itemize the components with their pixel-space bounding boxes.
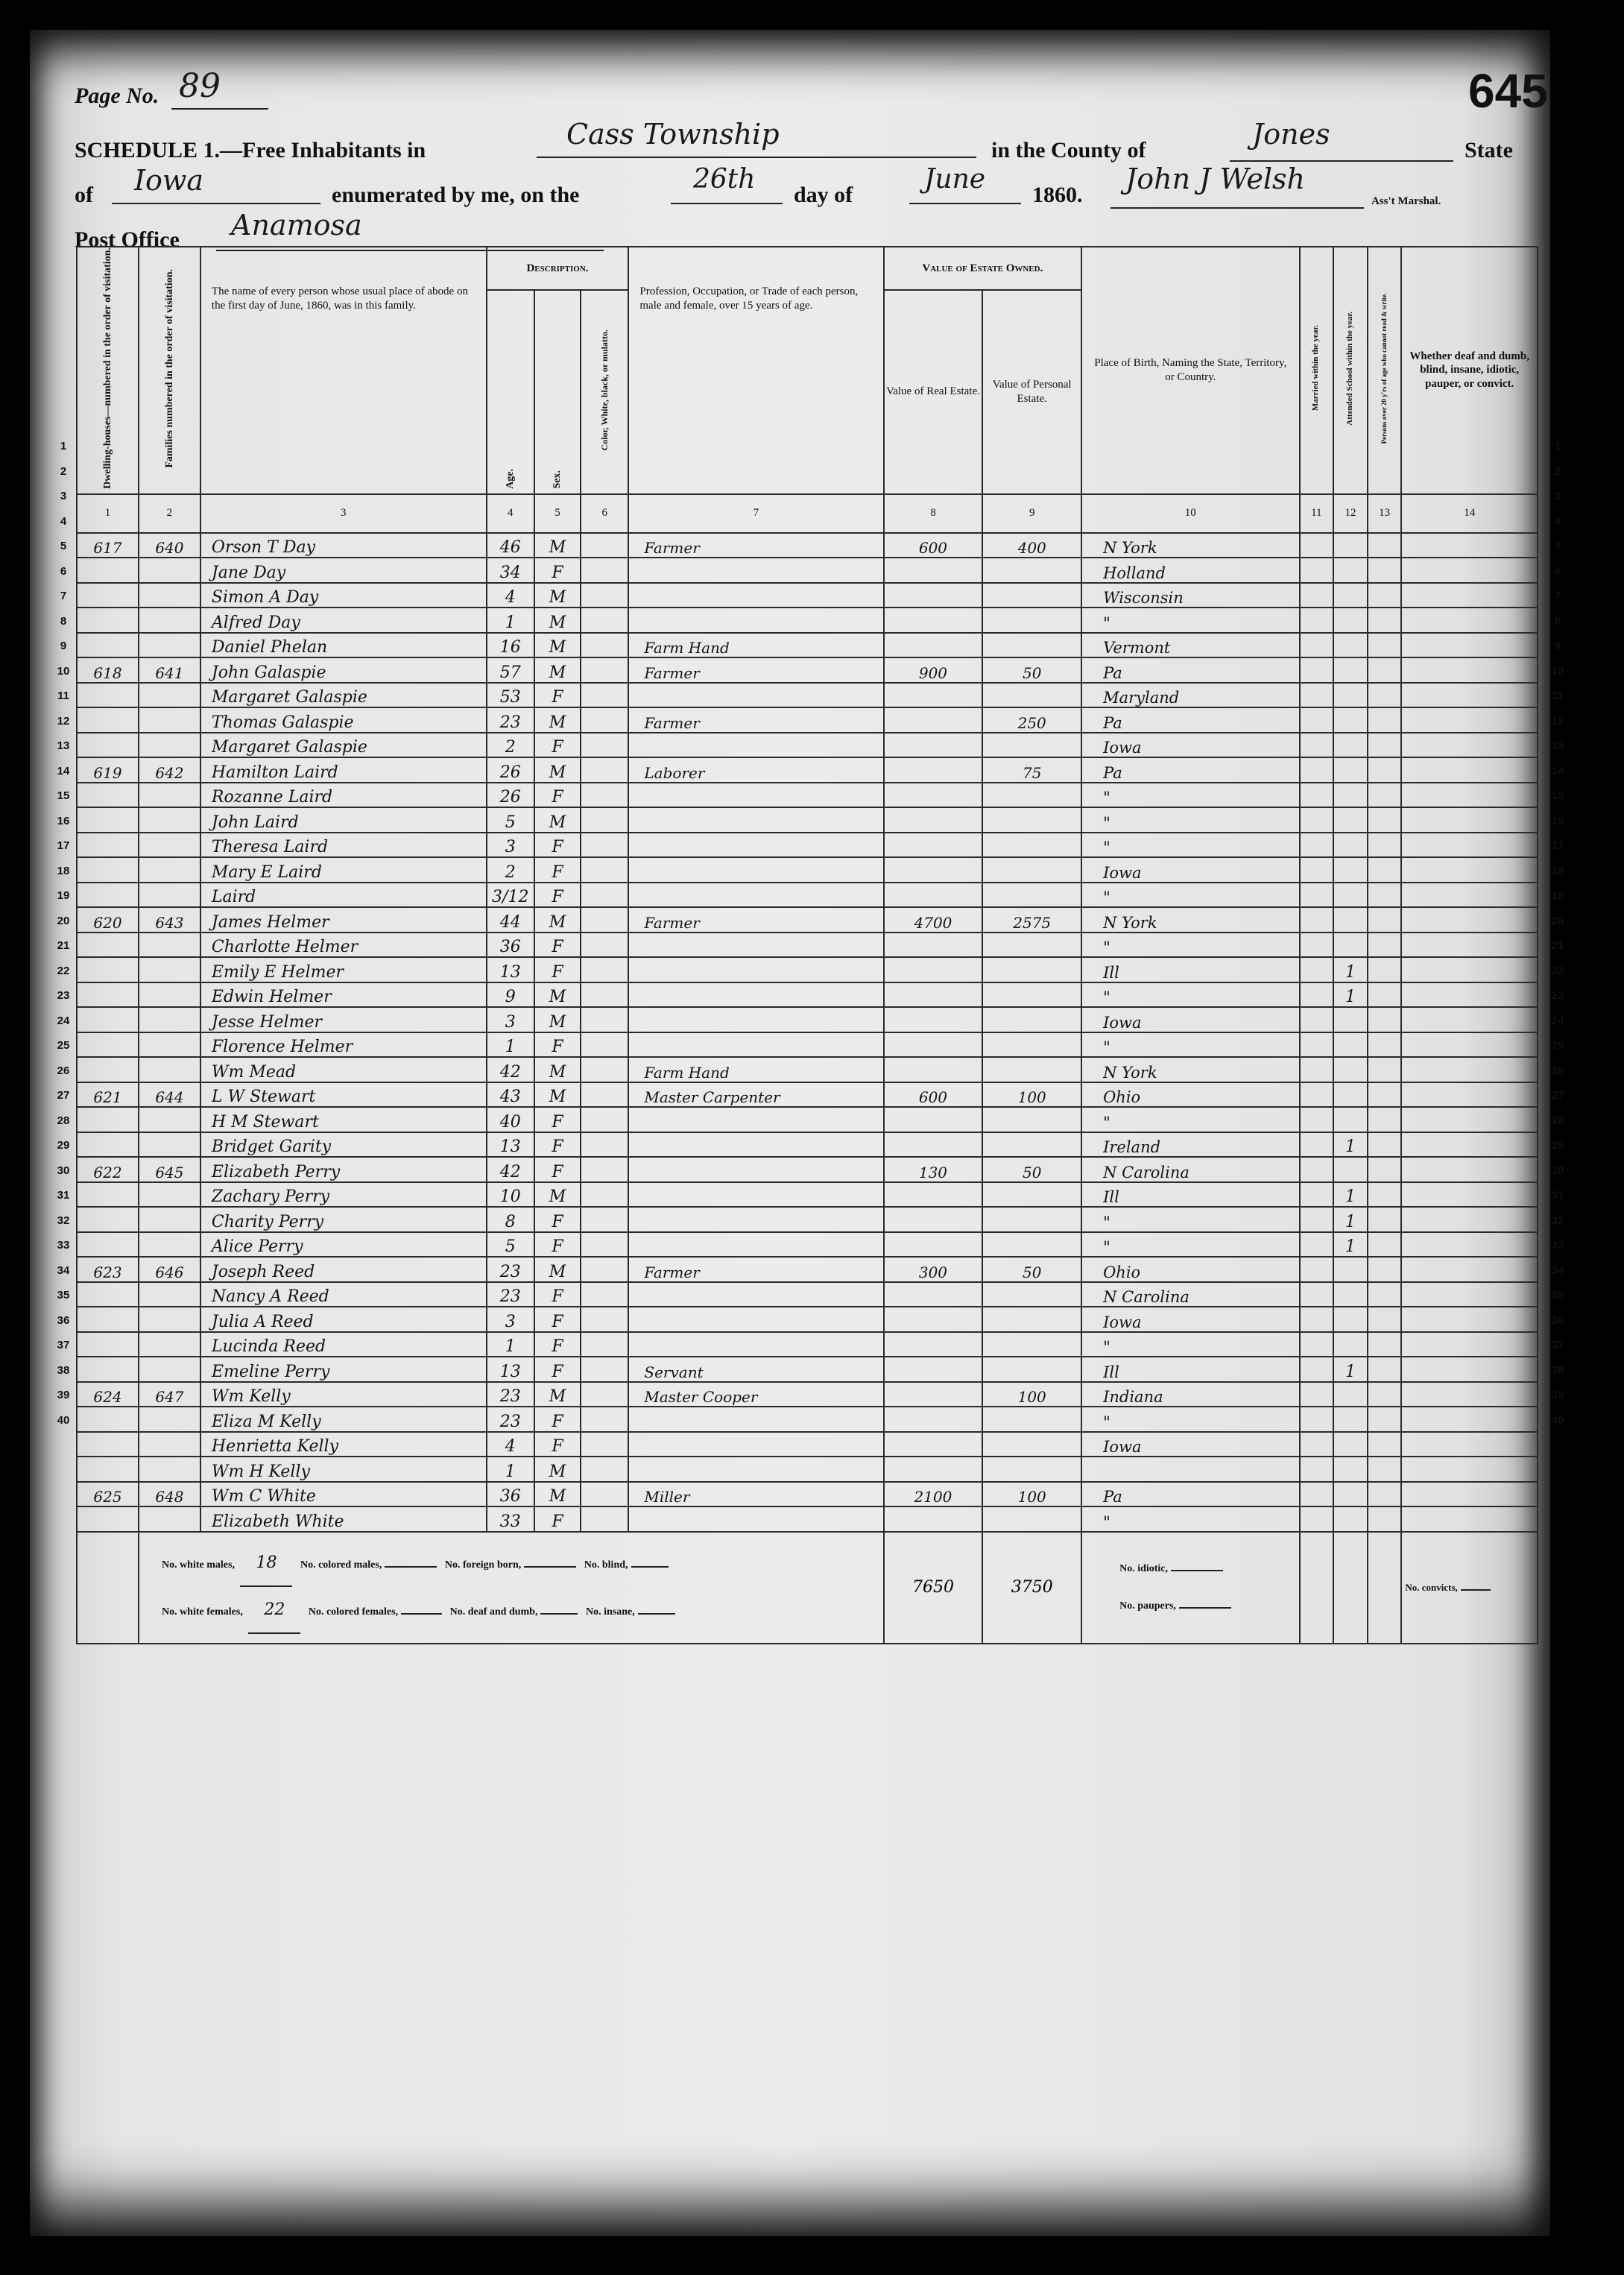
birthplace-cell: Holland: [1081, 558, 1299, 583]
attended-school-cell: [1333, 1157, 1368, 1182]
infirmity-cell: [1401, 558, 1538, 583]
attended-school-cell: [1333, 608, 1368, 633]
personal-estate-value-cell: 100: [982, 1082, 1081, 1108]
column-number: 11: [1300, 494, 1334, 533]
attended-school-cell: [1333, 1007, 1368, 1032]
family-number-cell: [139, 807, 200, 833]
line-number-left: 1: [52, 440, 75, 452]
real-estate-value-cell: [884, 957, 983, 982]
age-cell: 2: [487, 857, 534, 883]
dwelling-number-cell: 620: [77, 907, 139, 933]
header-age: Age.: [487, 290, 534, 494]
dwelling-number-cell: [77, 783, 139, 808]
line-number-right: 30: [1546, 1164, 1569, 1177]
white-males-label: No. white males,: [162, 1559, 235, 1571]
sex-cell: F: [534, 1332, 581, 1357]
occupation-cell: [628, 1307, 883, 1332]
header-occupation: Profession, Occupation, or Trade of each…: [628, 247, 883, 494]
person-name-cell: Florence Helmer: [200, 1032, 487, 1058]
infirmity-cell: [1401, 1057, 1538, 1082]
illiterate-cell: [1368, 657, 1402, 683]
line-number-left: 22: [52, 965, 75, 977]
line-number-left: 28: [52, 1114, 75, 1127]
sex-cell: F: [534, 783, 581, 808]
married-within-year-cell: [1300, 1382, 1334, 1407]
occupation-cell: Master Carpenter: [628, 1082, 883, 1108]
family-number-cell: 642: [139, 757, 200, 783]
family-number-cell: [139, 1057, 200, 1082]
header-name: The name of every person whose usual pla…: [200, 247, 487, 494]
age-cell: 5: [487, 807, 534, 833]
illiterate-cell: [1368, 757, 1402, 783]
person-name-cell: Margaret Galaspie: [200, 683, 487, 708]
line-number-left: 8: [52, 615, 75, 628]
age-cell: 3: [487, 1007, 534, 1032]
foreign-born-label: No. foreign born,: [445, 1559, 521, 1571]
table-row: 622645Elizabeth Perry42F13050N Carolina: [77, 1157, 1538, 1182]
age-cell: 10: [487, 1182, 534, 1208]
infirmity-cell: [1401, 783, 1538, 808]
header-description-group: Description.: [487, 247, 629, 290]
state-label: State: [1465, 138, 1513, 163]
header-school: Attended School within the year.: [1333, 247, 1368, 494]
header-birthplace: Place of Birth, Naming the State, Territ…: [1081, 247, 1299, 494]
state-value: Iowa: [134, 164, 203, 197]
line-number-left: 17: [52, 839, 75, 852]
age-cell: 1: [487, 1332, 534, 1357]
attended-school-cell: [1333, 883, 1368, 908]
table-row: 621644L W Stewart43MMaster Carpenter6001…: [77, 1082, 1538, 1108]
table-row: Bridget Garity13FIreland1: [77, 1132, 1538, 1158]
dwelling-number-cell: [77, 957, 139, 982]
line-number-left: 35: [52, 1289, 75, 1301]
color-cell: [581, 733, 628, 758]
real-estate-value-cell: [884, 982, 983, 1008]
color-cell: [581, 1432, 628, 1457]
line-number-left: 32: [52, 1214, 75, 1227]
table-row: Henrietta Kelly4FIowa: [77, 1432, 1538, 1457]
table-row: 624647Wm Kelly23MMaster Cooper100Indiana: [77, 1382, 1538, 1407]
married-within-year-cell: [1300, 1357, 1334, 1382]
enumerated-label: enumerated by me, on the: [332, 183, 579, 208]
line-number-left: 13: [52, 739, 75, 752]
person-name-cell: Jane Day: [200, 558, 487, 583]
illiterate-cell: [1368, 533, 1402, 558]
day-underline: [671, 203, 783, 204]
illiterate-cell: [1368, 1207, 1402, 1232]
sex-cell: F: [534, 1407, 581, 1432]
illiterate-cell: [1368, 833, 1402, 858]
dwelling-number-cell: [77, 683, 139, 708]
birthplace-cell: Ill: [1081, 1182, 1299, 1208]
person-name-cell: Jesse Helmer: [200, 1007, 487, 1032]
person-name-cell: Alice Perry: [200, 1232, 487, 1258]
color-cell: [581, 1007, 628, 1032]
line-number-right: 9: [1546, 640, 1569, 652]
line-number-left: 12: [52, 715, 75, 728]
dwelling-number-cell: [77, 982, 139, 1008]
line-number-left: 36: [52, 1314, 75, 1327]
occupation-cell: [628, 608, 883, 633]
sex-cell: M: [534, 707, 581, 733]
personal-estate-value-cell: [982, 733, 1081, 758]
color-cell: [581, 1282, 628, 1307]
attended-school-cell: 1: [1333, 982, 1368, 1008]
occupation-cell: [628, 1107, 883, 1132]
personal-estate-value-cell: 250: [982, 707, 1081, 733]
line-number-left: 6: [52, 565, 75, 578]
occupation-cell: [628, 982, 883, 1008]
birthplace-cell: ": [1081, 933, 1299, 958]
dwelling-number-cell: [77, 1357, 139, 1382]
sex-cell: M: [534, 757, 581, 783]
table-row: Lucinda Reed1F": [77, 1332, 1538, 1357]
sex-cell: M: [534, 1382, 581, 1407]
occupation-cell: [628, 1007, 883, 1032]
dwelling-number-cell: [77, 1332, 139, 1357]
dwelling-number-cell: [77, 933, 139, 958]
month-underline: [909, 203, 1021, 204]
infirmity-cell: [1401, 1332, 1538, 1357]
page-number-label: Page No.: [75, 83, 159, 109]
table-row: Nancy A Reed23FN Carolina: [77, 1282, 1538, 1307]
sex-cell: M: [534, 533, 581, 558]
attended-school-cell: [1333, 1457, 1368, 1482]
family-number-cell: [139, 1132, 200, 1158]
totals-convicts: No. convicts,: [1401, 1532, 1538, 1644]
sex-cell: M: [534, 1482, 581, 1507]
illiterate-cell: [1368, 1057, 1402, 1082]
birthplace-cell: Iowa: [1081, 733, 1299, 758]
line-number-right: 33: [1546, 1239, 1569, 1252]
birthplace-cell: Pa: [1081, 1482, 1299, 1507]
sex-cell: M: [534, 1082, 581, 1108]
married-within-year-cell: [1300, 683, 1334, 708]
occupation-cell: [628, 1407, 883, 1432]
attended-school-cell: [1333, 857, 1368, 883]
illiterate-cell: [1368, 1257, 1402, 1282]
township-value: Cass Township: [566, 118, 780, 151]
line-number-right: 17: [1546, 839, 1569, 852]
infirmity-cell: [1401, 1482, 1538, 1507]
real-estate-value-cell: [884, 1357, 983, 1382]
line-number-right: 29: [1546, 1139, 1569, 1152]
real-estate-value-cell: [884, 857, 983, 883]
illiterate-cell: [1368, 857, 1402, 883]
column-number: 4: [487, 494, 534, 533]
dwelling-number-cell: [77, 707, 139, 733]
birthplace-cell: N York: [1081, 533, 1299, 558]
attended-school-cell: 1: [1333, 1357, 1368, 1382]
person-name-cell: Laird: [200, 883, 487, 908]
family-number-cell: [139, 1232, 200, 1258]
age-cell: 3: [487, 1307, 534, 1332]
person-name-cell: Emeline Perry: [200, 1357, 487, 1382]
sex-cell: M: [534, 633, 581, 658]
line-number-left: 31: [52, 1189, 75, 1202]
real-estate-value-cell: 2100: [884, 1482, 983, 1507]
age-cell: 23: [487, 1407, 534, 1432]
color-cell: [581, 807, 628, 833]
table-row: Alfred Day1M": [77, 608, 1538, 633]
family-number-cell: [139, 583, 200, 608]
real-estate-value-cell: [884, 757, 983, 783]
attended-school-cell: [1333, 733, 1368, 758]
birthplace-cell: ": [1081, 1207, 1299, 1232]
family-number-cell: [139, 1506, 200, 1532]
occupation-cell: [628, 583, 883, 608]
table-row: Charity Perry8F"1: [77, 1207, 1538, 1232]
column-number: 9: [982, 494, 1081, 533]
married-within-year-cell: [1300, 707, 1334, 733]
family-number-cell: [139, 1407, 200, 1432]
line-number-left: 5: [52, 540, 75, 552]
color-cell: [581, 608, 628, 633]
personal-estate-value-cell: [982, 982, 1081, 1008]
colored-females-label: No. colored females,: [309, 1606, 398, 1618]
table-row: Wm H Kelly1M: [77, 1457, 1538, 1482]
age-cell: 43: [487, 1082, 534, 1108]
personal-estate-value-cell: [982, 1332, 1081, 1357]
married-within-year-cell: [1300, 933, 1334, 958]
personal-estate-value-cell: [982, 1007, 1081, 1032]
married-within-year-cell: [1300, 1157, 1334, 1182]
occupation-cell: Farm Hand: [628, 633, 883, 658]
personal-estate-value-cell: [982, 1357, 1081, 1382]
attended-school-cell: [1333, 757, 1368, 783]
dwelling-number-cell: [77, 1107, 139, 1132]
family-number-cell: 648: [139, 1482, 200, 1507]
illiterate-cell: [1368, 1307, 1402, 1332]
age-cell: 13: [487, 1132, 534, 1158]
birthplace-cell: Maryland: [1081, 683, 1299, 708]
family-number-cell: [139, 683, 200, 708]
color-cell: [581, 1357, 628, 1382]
header-illiterate: Persons over 20 y'rs of age who cannot r…: [1368, 247, 1402, 494]
table-row: Alice Perry5F"1: [77, 1232, 1538, 1258]
real-estate-value-cell: 300: [884, 1257, 983, 1282]
line-number-left: 25: [52, 1039, 75, 1052]
line-number-left: 2: [52, 465, 75, 478]
dwelling-number-cell: [77, 633, 139, 658]
line-number-left: 10: [52, 665, 75, 678]
line-number-left: 19: [52, 889, 75, 902]
table-row: 619642Hamilton Laird26MLaborer75Pa: [77, 757, 1538, 783]
blind-label: No. blind,: [584, 1559, 628, 1571]
header-dwelling: Dwelling-houses—numbered in the order of…: [77, 247, 139, 494]
paupers-blank: [1179, 1607, 1231, 1609]
personal-estate-value-cell: [982, 558, 1081, 583]
personal-estate-value-cell: [982, 883, 1081, 908]
color-cell: [581, 1207, 628, 1232]
table-row: H M Stewart40F": [77, 1107, 1538, 1132]
table-row: Laird3/12F": [77, 883, 1538, 908]
dwelling-number-cell: [77, 1457, 139, 1482]
person-name-cell: Emily E Helmer: [200, 957, 487, 982]
insane-label: No. insane,: [586, 1606, 635, 1618]
person-name-cell: Orson T Day: [200, 533, 487, 558]
dwelling-number-cell: [77, 1232, 139, 1258]
age-cell: 26: [487, 757, 534, 783]
age-cell: 46: [487, 533, 534, 558]
illiterate-cell: [1368, 1506, 1402, 1532]
age-cell: 23: [487, 1282, 534, 1307]
line-number-right: 28: [1546, 1114, 1569, 1127]
occupation-cell: Miller: [628, 1482, 883, 1507]
person-name-cell: Daniel Phelan: [200, 633, 487, 658]
occupation-cell: [628, 1157, 883, 1182]
personal-estate-value-cell: [982, 1432, 1081, 1457]
idiotic-label: No. idiotic,: [1119, 1563, 1168, 1574]
personal-estate-value-cell: [982, 1282, 1081, 1307]
sex-cell: F: [534, 957, 581, 982]
sex-cell: F: [534, 1357, 581, 1382]
married-within-year-cell: [1300, 1282, 1334, 1307]
table-row: 618641John Galaspie57MFarmer90050Pa: [77, 657, 1538, 683]
married-within-year-cell: [1300, 608, 1334, 633]
occupation-cell: [628, 807, 883, 833]
occupation-cell: [628, 933, 883, 958]
married-within-year-cell: [1300, 1407, 1334, 1432]
age-cell: 8: [487, 1207, 534, 1232]
married-within-year-cell: [1300, 1482, 1334, 1507]
color-cell: [581, 1182, 628, 1208]
family-number-cell: [139, 1007, 200, 1032]
illiterate-cell: [1368, 707, 1402, 733]
family-number-cell: [139, 857, 200, 883]
line-number-left: 3: [52, 490, 75, 502]
colored-males-blank: [385, 1566, 437, 1568]
dwelling-number-cell: [77, 807, 139, 833]
family-number-cell: [139, 833, 200, 858]
sex-cell: M: [534, 982, 581, 1008]
age-cell: 13: [487, 1357, 534, 1382]
real-estate-value-cell: [884, 1232, 983, 1258]
illiterate-cell: [1368, 1107, 1402, 1132]
column-number: 13: [1368, 494, 1402, 533]
line-number-right: 6: [1546, 565, 1569, 578]
column-number: 1: [77, 494, 139, 533]
married-within-year-cell: [1300, 1132, 1334, 1158]
person-name-cell: John Galaspie: [200, 657, 487, 683]
sex-cell: F: [534, 1232, 581, 1258]
family-number-cell: 646: [139, 1257, 200, 1282]
illiterate-cell: [1368, 1457, 1402, 1482]
attended-school-cell: 1: [1333, 1132, 1368, 1158]
dwelling-number-cell: 617: [77, 533, 139, 558]
schedule-label: SCHEDULE 1.—Free Inhabitants in: [75, 138, 426, 163]
age-cell: 57: [487, 657, 534, 683]
sex-cell: M: [534, 583, 581, 608]
color-cell: [581, 657, 628, 683]
attended-school-cell: 1: [1333, 1232, 1368, 1258]
age-cell: 1: [487, 608, 534, 633]
table-row: Daniel Phelan16MFarm HandVermont: [77, 633, 1538, 658]
line-number-right: 14: [1546, 765, 1569, 777]
attended-school-cell: [1333, 633, 1368, 658]
line-number-left: 29: [52, 1139, 75, 1152]
personal-estate-value-cell: [982, 807, 1081, 833]
header-color: Color, White, black, or mulatto.: [581, 290, 628, 494]
family-number-cell: [139, 1282, 200, 1307]
line-number-left: 9: [52, 640, 75, 652]
colored-males-label: No. colored males,: [300, 1559, 382, 1571]
person-name-cell: Theresa Laird: [200, 833, 487, 858]
occupation-cell: [628, 857, 883, 883]
dwelling-number-cell: [77, 558, 139, 583]
convicts-blank: [1461, 1589, 1491, 1591]
column-number: 6: [581, 494, 628, 533]
line-number-right: 23: [1546, 989, 1569, 1002]
infirmity-cell: [1401, 733, 1538, 758]
personal-estate-value-cell: [982, 1032, 1081, 1058]
birthplace-cell: N Carolina: [1081, 1282, 1299, 1307]
illiterate-cell: [1368, 1482, 1402, 1507]
color-cell: [581, 633, 628, 658]
line-number-right: 40: [1546, 1414, 1569, 1427]
personal-estate-total: 3750: [982, 1532, 1081, 1644]
dwelling-number-cell: [77, 608, 139, 633]
illiterate-cell: [1368, 1382, 1402, 1407]
color-cell: [581, 683, 628, 708]
infirmity-cell: [1401, 1257, 1538, 1282]
line-number-right: 37: [1546, 1339, 1569, 1351]
age-cell: 13: [487, 957, 534, 982]
line-number-right: 34: [1546, 1264, 1569, 1277]
real-estate-value-cell: [884, 807, 983, 833]
real-estate-value-cell: [884, 1107, 983, 1132]
birthplace-cell: Iowa: [1081, 1307, 1299, 1332]
color-cell: [581, 1032, 628, 1058]
line-number-left: 26: [52, 1064, 75, 1077]
attended-school-cell: [1333, 683, 1368, 708]
line-number-right: 26: [1546, 1064, 1569, 1077]
personal-estate-value-cell: [982, 633, 1081, 658]
person-name-cell: Wm H Kelly: [200, 1457, 487, 1482]
line-number-right: 35: [1546, 1289, 1569, 1301]
infirmity-cell: [1401, 633, 1538, 658]
line-number-left: 39: [52, 1389, 75, 1401]
age-cell: 16: [487, 633, 534, 658]
color-cell: [581, 783, 628, 808]
person-name-cell: Joseph Reed: [200, 1257, 487, 1282]
family-number-cell: [139, 1182, 200, 1208]
dwelling-number-cell: 623: [77, 1257, 139, 1282]
dwelling-number-cell: [77, 883, 139, 908]
person-name-cell: Charity Perry: [200, 1207, 487, 1232]
real-estate-value-cell: [884, 1007, 983, 1032]
dwelling-number-cell: [77, 857, 139, 883]
real-estate-value-cell: [884, 1382, 983, 1407]
table-row: 623646Joseph Reed23MFarmer30050Ohio: [77, 1257, 1538, 1282]
sex-cell: F: [534, 1107, 581, 1132]
line-number-left: 24: [52, 1015, 75, 1027]
birthplace-cell: Ohio: [1081, 1082, 1299, 1108]
infirmity-cell: [1401, 907, 1538, 933]
birthplace-cell: Iowa: [1081, 1007, 1299, 1032]
married-within-year-cell: [1300, 957, 1334, 982]
color-cell: [581, 1482, 628, 1507]
line-number-right: 21: [1546, 939, 1569, 952]
infirmity-cell: [1401, 857, 1538, 883]
line-number-right: 11: [1546, 690, 1569, 702]
occupation-cell: [628, 1432, 883, 1457]
married-within-year-cell: [1300, 1207, 1334, 1232]
married-within-year-cell: [1300, 982, 1334, 1008]
sex-cell: F: [534, 1032, 581, 1058]
sex-cell: M: [534, 1007, 581, 1032]
color-cell: [581, 558, 628, 583]
